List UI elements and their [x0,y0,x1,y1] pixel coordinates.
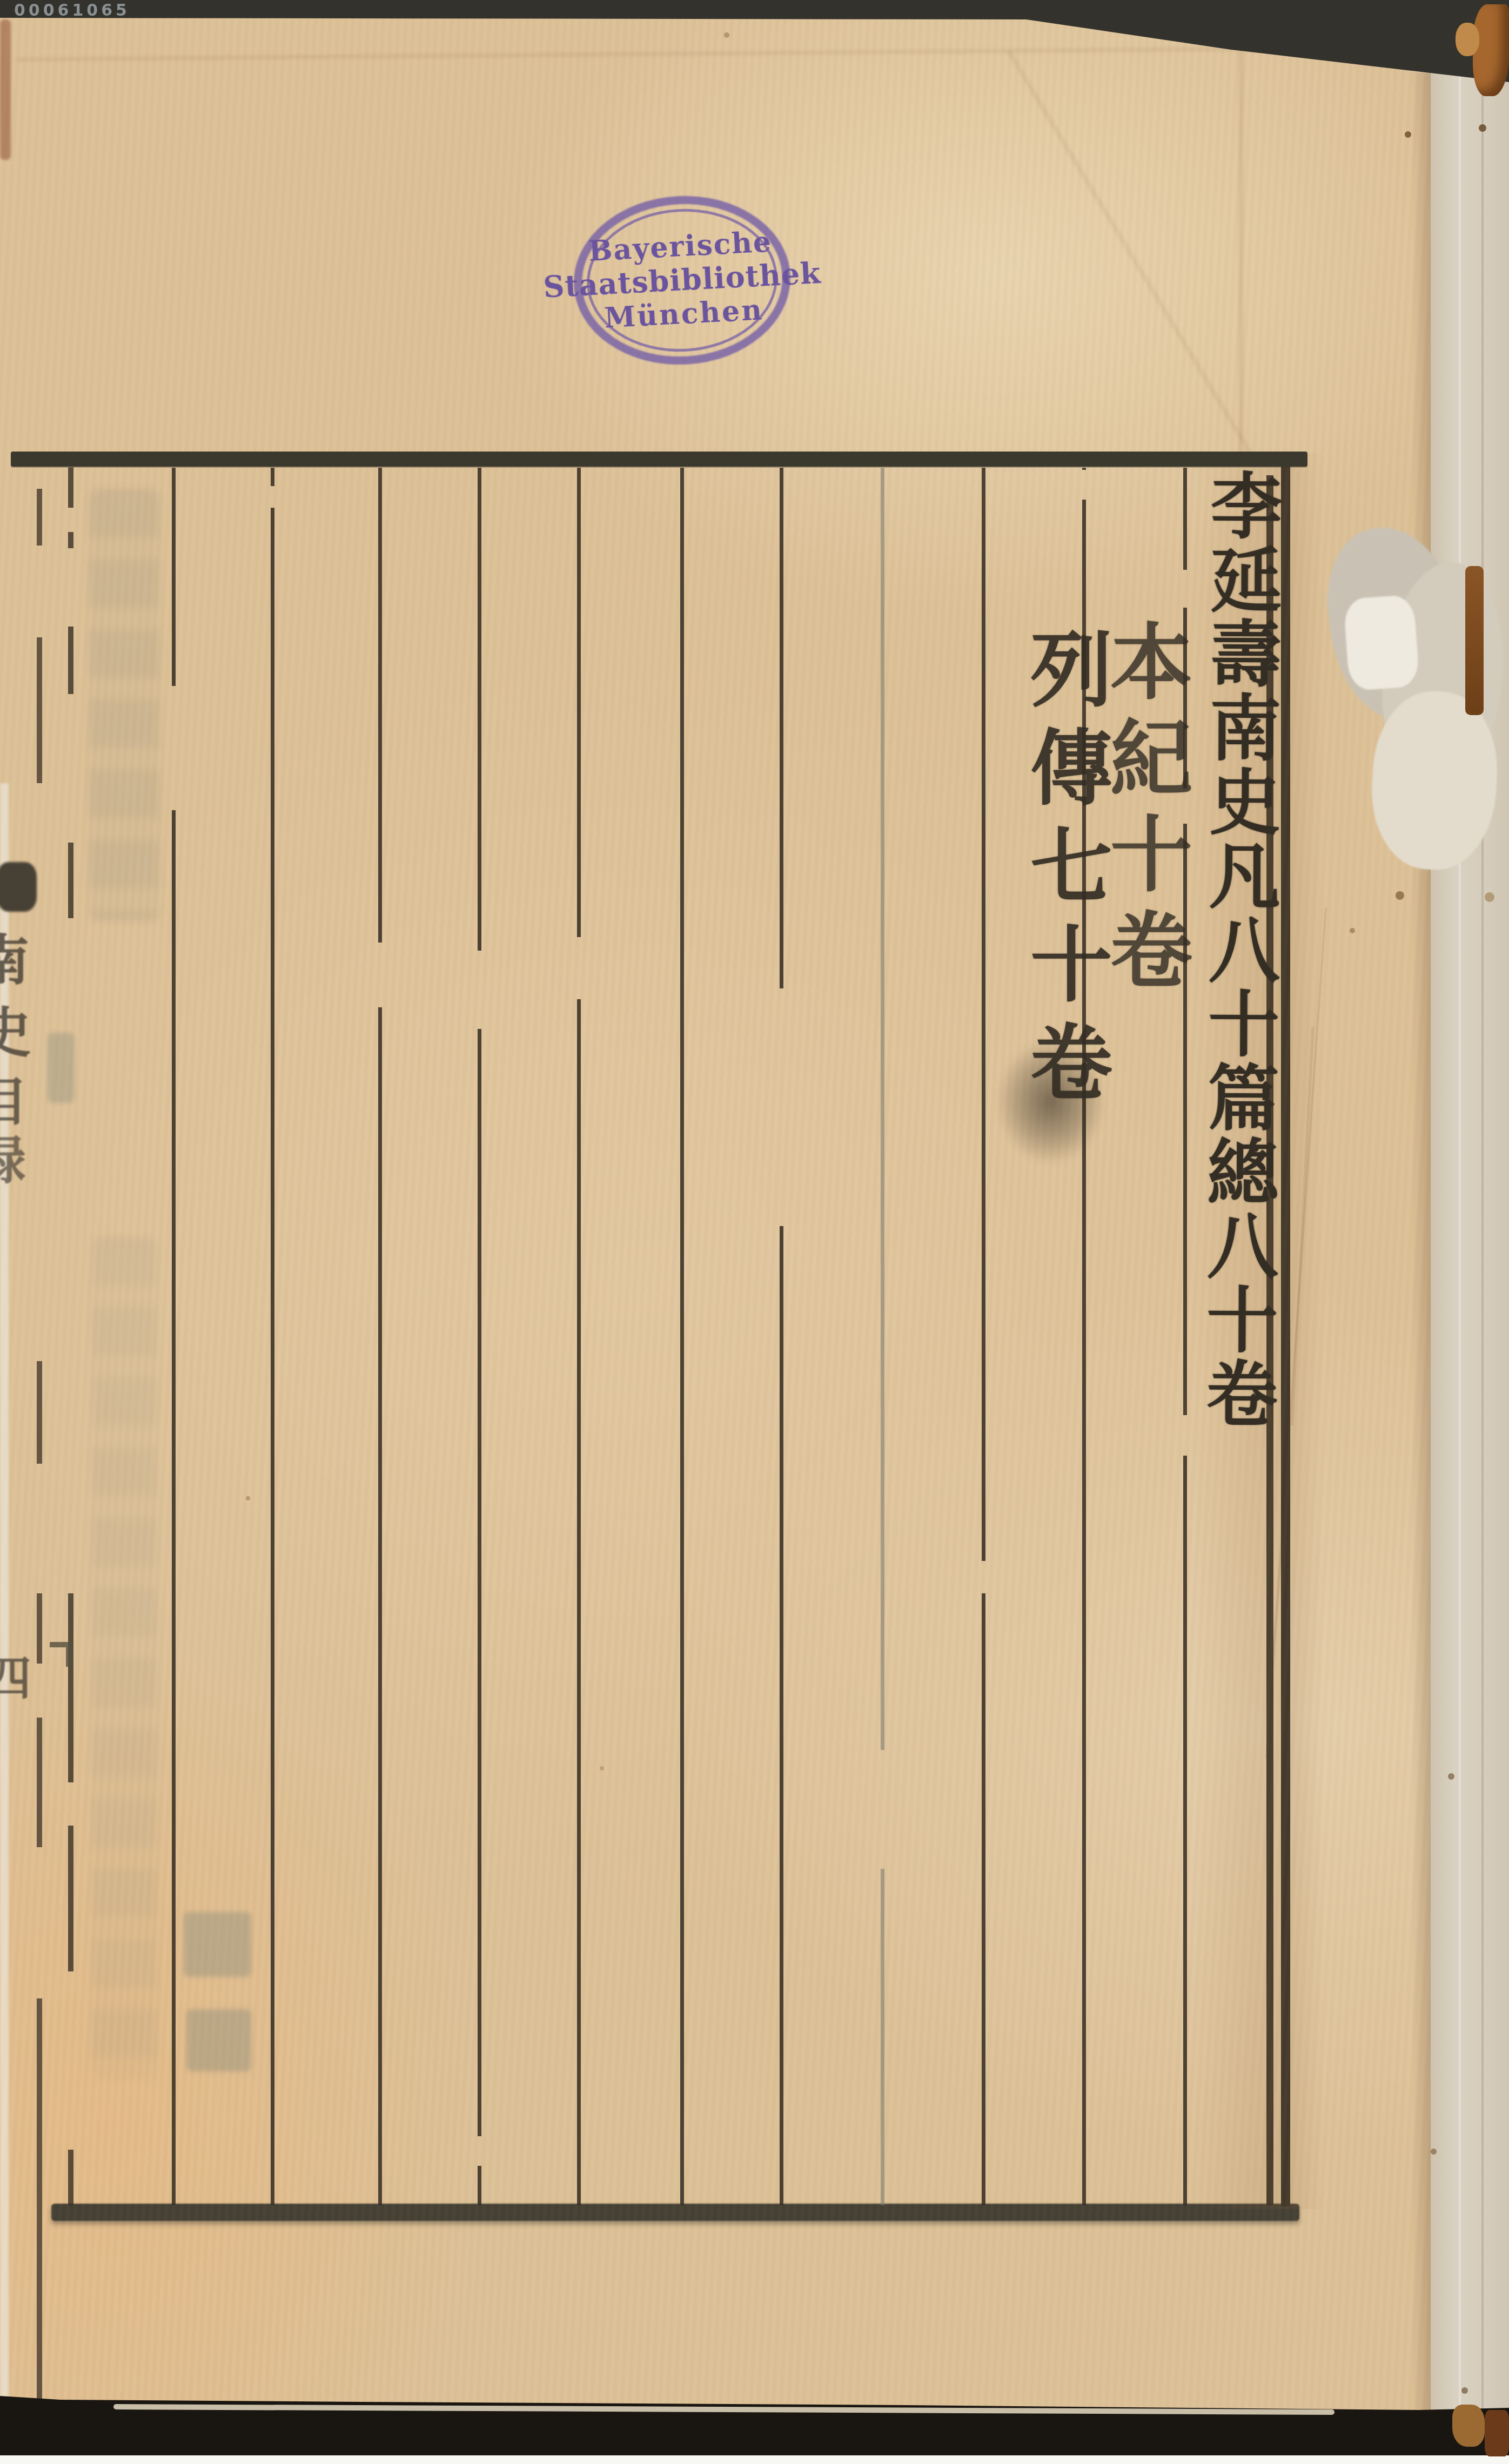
column-rule [68,1826,73,1971]
edge-fragment-char: 四 [0,1641,31,1709]
column-rule [68,627,73,694]
column-rule [1183,468,1187,570]
wormhole-speck [1350,928,1355,933]
frame-top-border [11,452,1307,467]
library-stamp: Bayerische Staatsbibliothek München [569,191,795,371]
column-rule [271,508,274,2205]
column-rule [37,1361,42,1464]
wormhole-speck [246,1496,250,1500]
scanner-background-bottom [0,2387,1509,2464]
bleed-through-text [48,1033,75,1103]
column-rule [478,468,481,951]
cover-corner-torn [1485,2410,1509,2456]
binding-edge [0,19,11,160]
liezhuan-column-text: 列傳七十卷 [1006,627,1124,1118]
column-rule [37,1718,42,1847]
column-rule [37,489,42,546]
wormhole-speck [1396,891,1404,900]
column-rule [478,2166,481,2205]
adjacent-page-edge [1431,0,1509,2433]
edge-fragment-char: 録 [0,1119,26,1193]
column-rule [780,1226,783,2205]
paper-patch [1343,595,1420,691]
cover-corner-torn [1473,4,1509,96]
column-rule [982,1593,985,2205]
wormhole-speck [1479,124,1486,132]
frame-bottom-border [51,2204,1299,2221]
paper-crease [16,48,1280,60]
paper-crease [1459,0,1461,2425]
column-rule [37,1998,42,2420]
column-rule [172,468,176,686]
cover-corner-torn [1452,2405,1485,2447]
column-rule [881,468,884,1750]
column-rule [68,1593,73,1782]
edge-fragment-char: 史 [0,989,31,1067]
column-rule [680,468,684,2205]
wormhole-speck [724,32,729,38]
column-rule [577,468,581,937]
scanner-background-top [0,0,1509,86]
wormhole-speck [1485,892,1494,902]
column-rule [68,843,73,918]
column-rule [37,637,42,783]
bleed-through-text [92,1237,157,2079]
column-rule [68,467,73,508]
bleed-through-text [184,1912,251,1977]
bleed-through-text [89,489,159,921]
wormhole-speck [1405,131,1411,138]
paper-crease [1240,49,1242,459]
stamp-text: Bayerische Staatsbibliothek München [569,191,795,371]
paper-crease [1008,50,1255,459]
page-fold-shadow [1411,0,1433,2433]
column-rule [478,1029,481,2136]
book-scan-page: 李延壽南史凡八十篇總八十卷 本紀十卷 列傳七十卷 南史目録四 Bayerisch… [0,0,1509,2464]
column-rule [881,1869,884,2205]
wormhole-speck [1448,1773,1454,1780]
wormhole-speck [600,1766,604,1770]
column-rule [577,999,581,2205]
column-rule [982,468,985,1561]
column-rule [37,1593,42,1664]
scan-bottom-edge [0,2455,1509,2464]
edge-fragment-char: 南 [0,917,29,995]
column-rule [1082,468,1086,470]
paper-crease [1481,65,1484,2425]
bleed-through-text [186,2009,251,2071]
column-rule [378,468,382,942]
column-rule [68,532,73,548]
column-rule [271,468,274,486]
column-rule [780,468,783,988]
exposed-binding [1465,566,1484,715]
wormhole-speck [1461,2387,1468,2394]
left-edge-ink-blob [0,862,37,912]
column-rule [68,2150,73,2205]
column-rule [378,1007,382,2205]
column-rule [172,810,176,2205]
catalog-number: 00061065 [14,1,130,20]
left-edge-mark [50,1642,71,1667]
cover-corner-torn [1456,23,1479,56]
column-rule [1183,1456,1187,2205]
wormhole-speck [1431,2149,1437,2155]
